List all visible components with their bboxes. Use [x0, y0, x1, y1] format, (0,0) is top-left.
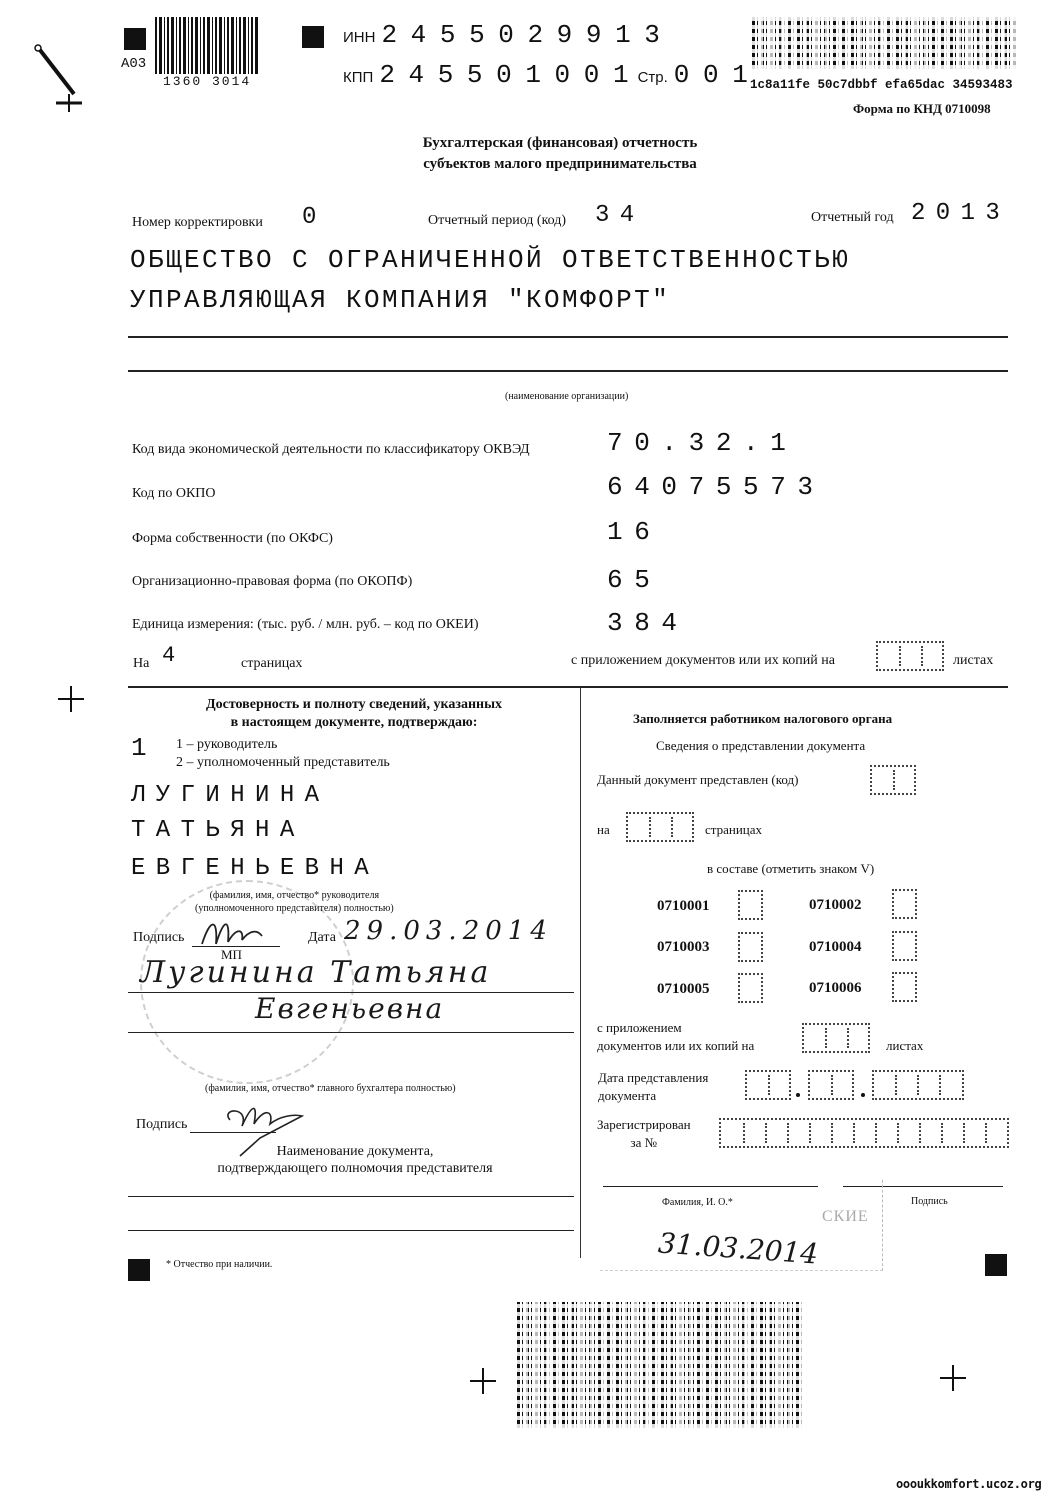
form-0710001-checkbox[interactable]: [738, 890, 763, 920]
form-0710004-checkbox[interactable]: [892, 931, 917, 961]
role-option-1: 1 – руководитель: [176, 737, 277, 753]
pages-on-label: На: [133, 656, 149, 672]
tax-office-subheading: Сведения о представлении документа: [656, 738, 865, 754]
authority-doc-line-1: [128, 1196, 574, 1197]
kpp-row: КПП 2 4 5 5 0 1 0 0 1 Стр. 0 0 1: [343, 60, 747, 90]
handwritten-signature-director: [196, 914, 276, 950]
pin-mark-icon: [34, 44, 84, 114]
stamp-text: СКИЕ: [822, 1208, 869, 1226]
fio-caption: (фамилия, имя, отчество* руководителя (у…: [195, 889, 394, 915]
okfs-label: Форма собственности (по ОКФС): [132, 531, 333, 547]
form-0710006-checkbox[interactable]: [892, 972, 917, 1002]
okpo-label: Код по ОКПО: [132, 486, 216, 502]
registration-cross-left: [58, 686, 84, 712]
page-value: 0 0 1: [674, 60, 747, 90]
signer-surname: Л У Г И Н И Н А: [131, 782, 317, 809]
date-dot-1: [796, 1093, 800, 1097]
signature-label: Подпись: [133, 930, 184, 946]
org-name-underline-2: [128, 370, 1008, 372]
pages-label: страницах: [241, 656, 302, 672]
accountant-signature-label: Подпись: [136, 1117, 187, 1133]
form-0710001-label: 0710001: [657, 898, 710, 915]
submission-year-field[interactable]: [872, 1070, 964, 1100]
form-0710003-checkbox[interactable]: [738, 932, 763, 962]
knd-form: Форма по КНД 0710098: [853, 101, 991, 117]
role-option-2: 2 – уполномоченный представитель: [176, 755, 390, 771]
tax-office-heading: Заполняется работником налогового органа: [633, 711, 892, 727]
accountant-caption: (фамилия, имя, отчество* главного бухгал…: [205, 1083, 456, 1094]
pages-count: 4: [162, 643, 175, 668]
title-line-2: субъектов малого предпринимательства: [0, 154, 1058, 175]
organization-name-line-2: УПРАВЛЯЮЩАЯ КОМПАНИЯ "КОМФОРТ": [130, 285, 670, 315]
registration-square-bottom-left: [128, 1259, 150, 1281]
barcode-hash: 1c8a11fe 50c7dbbf efa65dac 34593483: [750, 78, 1013, 92]
form-code-small: A03: [121, 56, 146, 72]
signer-patronymic: Е В Г Е Н Ь Е В Н А: [131, 855, 367, 882]
period-value: 3 4: [595, 202, 632, 229]
form-0710002-checkbox[interactable]: [892, 889, 917, 919]
kpp-value: 2 4 5 5 0 1 0 0 1: [379, 60, 627, 90]
column-divider: [580, 688, 581, 1258]
org-name-caption: (наименование организации): [505, 391, 628, 402]
submitted-code-label: Данный документ представлен (код): [597, 772, 799, 788]
submission-month-field[interactable]: [808, 1070, 854, 1100]
form-0710002-label: 0710002: [809, 897, 862, 914]
submitted-code-field[interactable]: [870, 765, 916, 795]
tax-attachments-label: с приложением документов или их копий на: [597, 1019, 754, 1055]
period-label: Отчетный период (код): [428, 213, 566, 229]
section-divider: [128, 686, 1008, 688]
date-dot-2: [861, 1093, 865, 1097]
title-line-1: Бухгалтерская (финансовая) отчетность: [0, 133, 1058, 154]
registration-cross-bottom-left: [470, 1368, 496, 1394]
signer-role-value: 1: [131, 733, 147, 763]
inspector-signature-label: Подпись: [911, 1196, 948, 1207]
submission-day-field[interactable]: [745, 1070, 791, 1100]
date-field[interactable]: 29.03.2014: [342, 918, 570, 948]
organization-name-line-1: ОБЩЕСТВО С ОГРАНИЧЕННОЙ ОТВЕТСТВЕННОСТЬЮ: [130, 245, 850, 275]
date-handwritten: 29.03.2014: [344, 916, 553, 946]
watermark: oooukkomfort.ucoz.org: [896, 1477, 1041, 1491]
page-label: Стр.: [638, 69, 668, 86]
submission-date-label: Дата представления документа: [598, 1069, 708, 1105]
okei-value: 3 8 4: [607, 608, 675, 638]
pdf417-barcode-bottom: [517, 1302, 805, 1428]
form-0710005-checkbox[interactable]: [738, 973, 763, 1003]
handwritten-director-name-line-2: Евгеньевна: [255, 992, 444, 1025]
date-label: Дата: [308, 930, 336, 946]
inn-row: ИНН 2 4 5 5 0 2 9 9 1 3: [343, 20, 659, 50]
handwritten-director-name-line-1: Лугинина Татьяна: [140, 955, 491, 990]
registration-square-left: [124, 28, 146, 50]
inn-label: ИНН: [343, 29, 375, 46]
okved-value: 7 0 . 3 2 . 1: [607, 428, 784, 458]
tax-pages-on-label: на: [597, 822, 610, 838]
okopf-value: 6 5: [607, 565, 648, 595]
attachments-label: с приложением документов или их копий на: [571, 653, 835, 669]
correction-label: Номер корректировки: [132, 215, 263, 231]
correction-value: 0: [302, 204, 316, 231]
document-title: Бухгалтерская (финансовая) отчетность су…: [0, 133, 1058, 175]
tax-pages-label: страницах: [705, 822, 762, 838]
tax-pages-field[interactable]: [626, 812, 694, 842]
okfs-value: 1 6: [607, 517, 648, 547]
year-label: Отчетный год: [811, 210, 894, 226]
tax-attachments-field[interactable]: [802, 1023, 870, 1053]
signer-first-name: Т А Т Ь Я Н А: [131, 817, 292, 844]
form-0710003-label: 0710003: [657, 939, 710, 956]
confirmation-heading: Достоверность и полноту сведений, указан…: [128, 696, 580, 732]
footnote: * Отчество при наличии.: [166, 1259, 272, 1270]
kpp-label: КПП: [343, 69, 373, 86]
authority-doc-line-2: [128, 1230, 574, 1231]
sheets-label: листах: [953, 653, 993, 669]
okopf-label: Организационно-правовая форма (по ОКОПФ): [132, 574, 412, 590]
okei-label: Единица измерения: (тыс. руб. / млн. руб…: [132, 617, 479, 633]
okved-label: Код вида экономической деятельности по к…: [132, 442, 530, 458]
barcode-number: 1360 3014: [163, 74, 251, 89]
form-0710004-label: 0710004: [809, 939, 862, 956]
org-name-underline-1: [128, 336, 1008, 338]
authority-document-label: Наименование документа, подтверждающего …: [180, 1143, 530, 1177]
linear-barcode: [155, 17, 259, 74]
inn-value: 2 4 5 5 0 2 9 9 1 3: [381, 20, 658, 50]
year-value: 2 0 1 3: [911, 200, 998, 227]
form-0710005-label: 0710005: [657, 981, 710, 998]
composition-label: в составе (отметить знаком V): [707, 861, 874, 877]
registered-number-label: Зарегистрирован за №: [597, 1116, 691, 1152]
form-0710006-label: 0710006: [809, 980, 862, 997]
okpo-value: 6 4 0 7 5 5 7 3: [607, 472, 811, 502]
registration-cross-bottom-right: [940, 1365, 966, 1391]
tax-sheets-label: листах: [886, 1038, 923, 1054]
pdf417-barcode-top: [752, 17, 1017, 69]
registered-number-field[interactable]: [719, 1118, 1009, 1148]
registration-square-bottom-right: [985, 1254, 1007, 1276]
registration-square-right: [302, 26, 324, 48]
attachments-sheets-field[interactable]: [876, 641, 944, 671]
director-name-underline-2: [128, 1032, 574, 1033]
